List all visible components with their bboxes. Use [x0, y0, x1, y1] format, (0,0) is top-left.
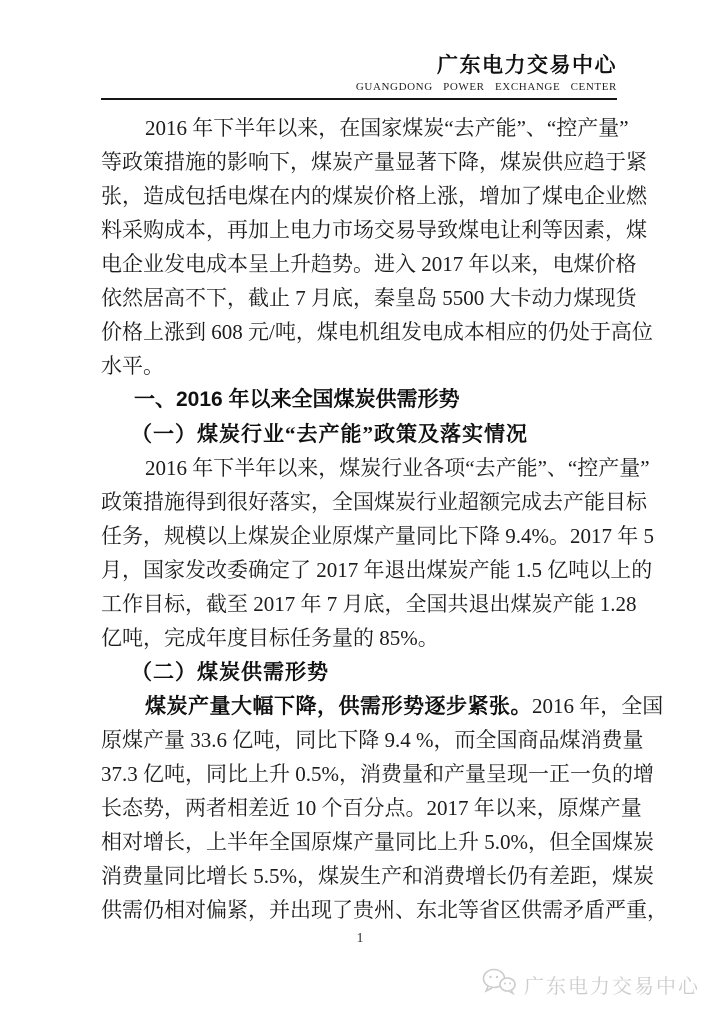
paragraph-line: 月，国家发改委确定了 2017 年退出煤炭产能 1.5 亿吨以上的	[101, 553, 617, 587]
paragraph-line: 工作目标，截至 2017 年 7 月底，全国共退出煤炭产能 1.28	[101, 587, 617, 621]
subsection-heading: （一）煤炭行业“去产能”政策及落实情况	[101, 417, 617, 451]
document-body: 2016 年下半年以来，在国家煤炭“去产能”、“控产量” 等政策措施的影响下，煤…	[101, 111, 617, 927]
paragraph-text: 2016 年，全国	[532, 694, 663, 718]
page-number: 1	[0, 931, 720, 947]
paragraph-line: 等政策措施的影响下，煤炭产量显著下降，煤炭供应趋于紧	[101, 145, 617, 179]
paragraph-line: 任务，规模以上煤炭企业原煤产量同比下降 9.4%。2017 年 5	[101, 519, 617, 553]
paragraph-line: 价格上涨到 608 元/吨，煤电机组发电成本相应的仍处于高位	[101, 315, 617, 349]
paragraph-line: 料采购成本，再加上电力市场交易导致煤电让利等因素，煤	[101, 213, 617, 247]
watermark-label: 广东电力交易中心	[524, 970, 700, 999]
paragraph-line: 电企业发电成本呈上升趋势。进入 2017 年以来，电煤价格	[101, 247, 617, 281]
wechat-watermark: 广东电力交易中心	[481, 967, 700, 1001]
paragraph-line: 供需仍相对偏紧，并出现了贵州、东北等省区供需矛盾严重，	[101, 893, 617, 927]
document-page: 广东电力交易中心 GUANGDONG POWER EXCHANGE CENTER…	[0, 0, 720, 1018]
paragraph-line: 37.3 亿吨，同比上升 0.5%，消费量和产量呈现一正一负的增	[101, 757, 617, 791]
paragraph-line: 2016 年下半年以来，在国家煤炭“去产能”、“控产量”	[101, 111, 617, 145]
wechat-icon	[481, 967, 517, 1001]
paragraph-line: 依然居高不下，截止 7 月底，秦皇岛 5500 大卡动力煤现货	[101, 281, 617, 315]
content-column: 广东电力交易中心 GUANGDONG POWER EXCHANGE CENTER…	[101, 0, 617, 927]
header-divider	[101, 98, 617, 100]
bold-lead-text: 煤炭产量大幅下降，供需形势逐步紧张。	[145, 694, 532, 718]
section-heading: 一、2016 年以来全国煤炭供需形势	[101, 383, 617, 417]
letterhead: 广东电力交易中心 GUANGDONG POWER EXCHANGE CENTER	[101, 0, 617, 100]
paragraph-line: 消费量同比增长 5.5%，煤炭生产和消费增长仍有差距，煤炭	[101, 859, 617, 893]
org-logo-chinese: 广东电力交易中心	[101, 54, 617, 78]
paragraph-line: 政策措施得到很好落实，全国煤炭行业超额完成去产能目标	[101, 485, 617, 519]
paragraph-line: 原煤产量 33.6 亿吨，同比下降 9.4 %，而全国商品煤消费量	[101, 723, 617, 757]
paragraph-line: 长态势，两者相差近 10 个百分点。2017 年以来，原煤产量	[101, 791, 617, 825]
paragraph-line: 相对增长，上半年全国原煤产量同比上升 5.0%，但全国煤炭	[101, 825, 617, 859]
paragraph-line: 煤炭产量大幅下降，供需形势逐步紧张。2016 年，全国	[101, 689, 617, 723]
paragraph-line: 水平。	[101, 349, 617, 383]
subsection-heading: （二）煤炭供需形势	[101, 655, 617, 689]
paragraph-line: 亿吨，完成年度目标任务量的 85%。	[101, 621, 617, 655]
org-logo-english: GUANGDONG POWER EXCHANGE CENTER	[101, 81, 617, 93]
paragraph-line: 张，造成包括电煤在内的煤炭价格上涨，增加了煤电企业燃	[101, 179, 617, 213]
paragraph-line: 2016 年下半年以来，煤炭行业各项“去产能”、“控产量”	[101, 451, 617, 485]
